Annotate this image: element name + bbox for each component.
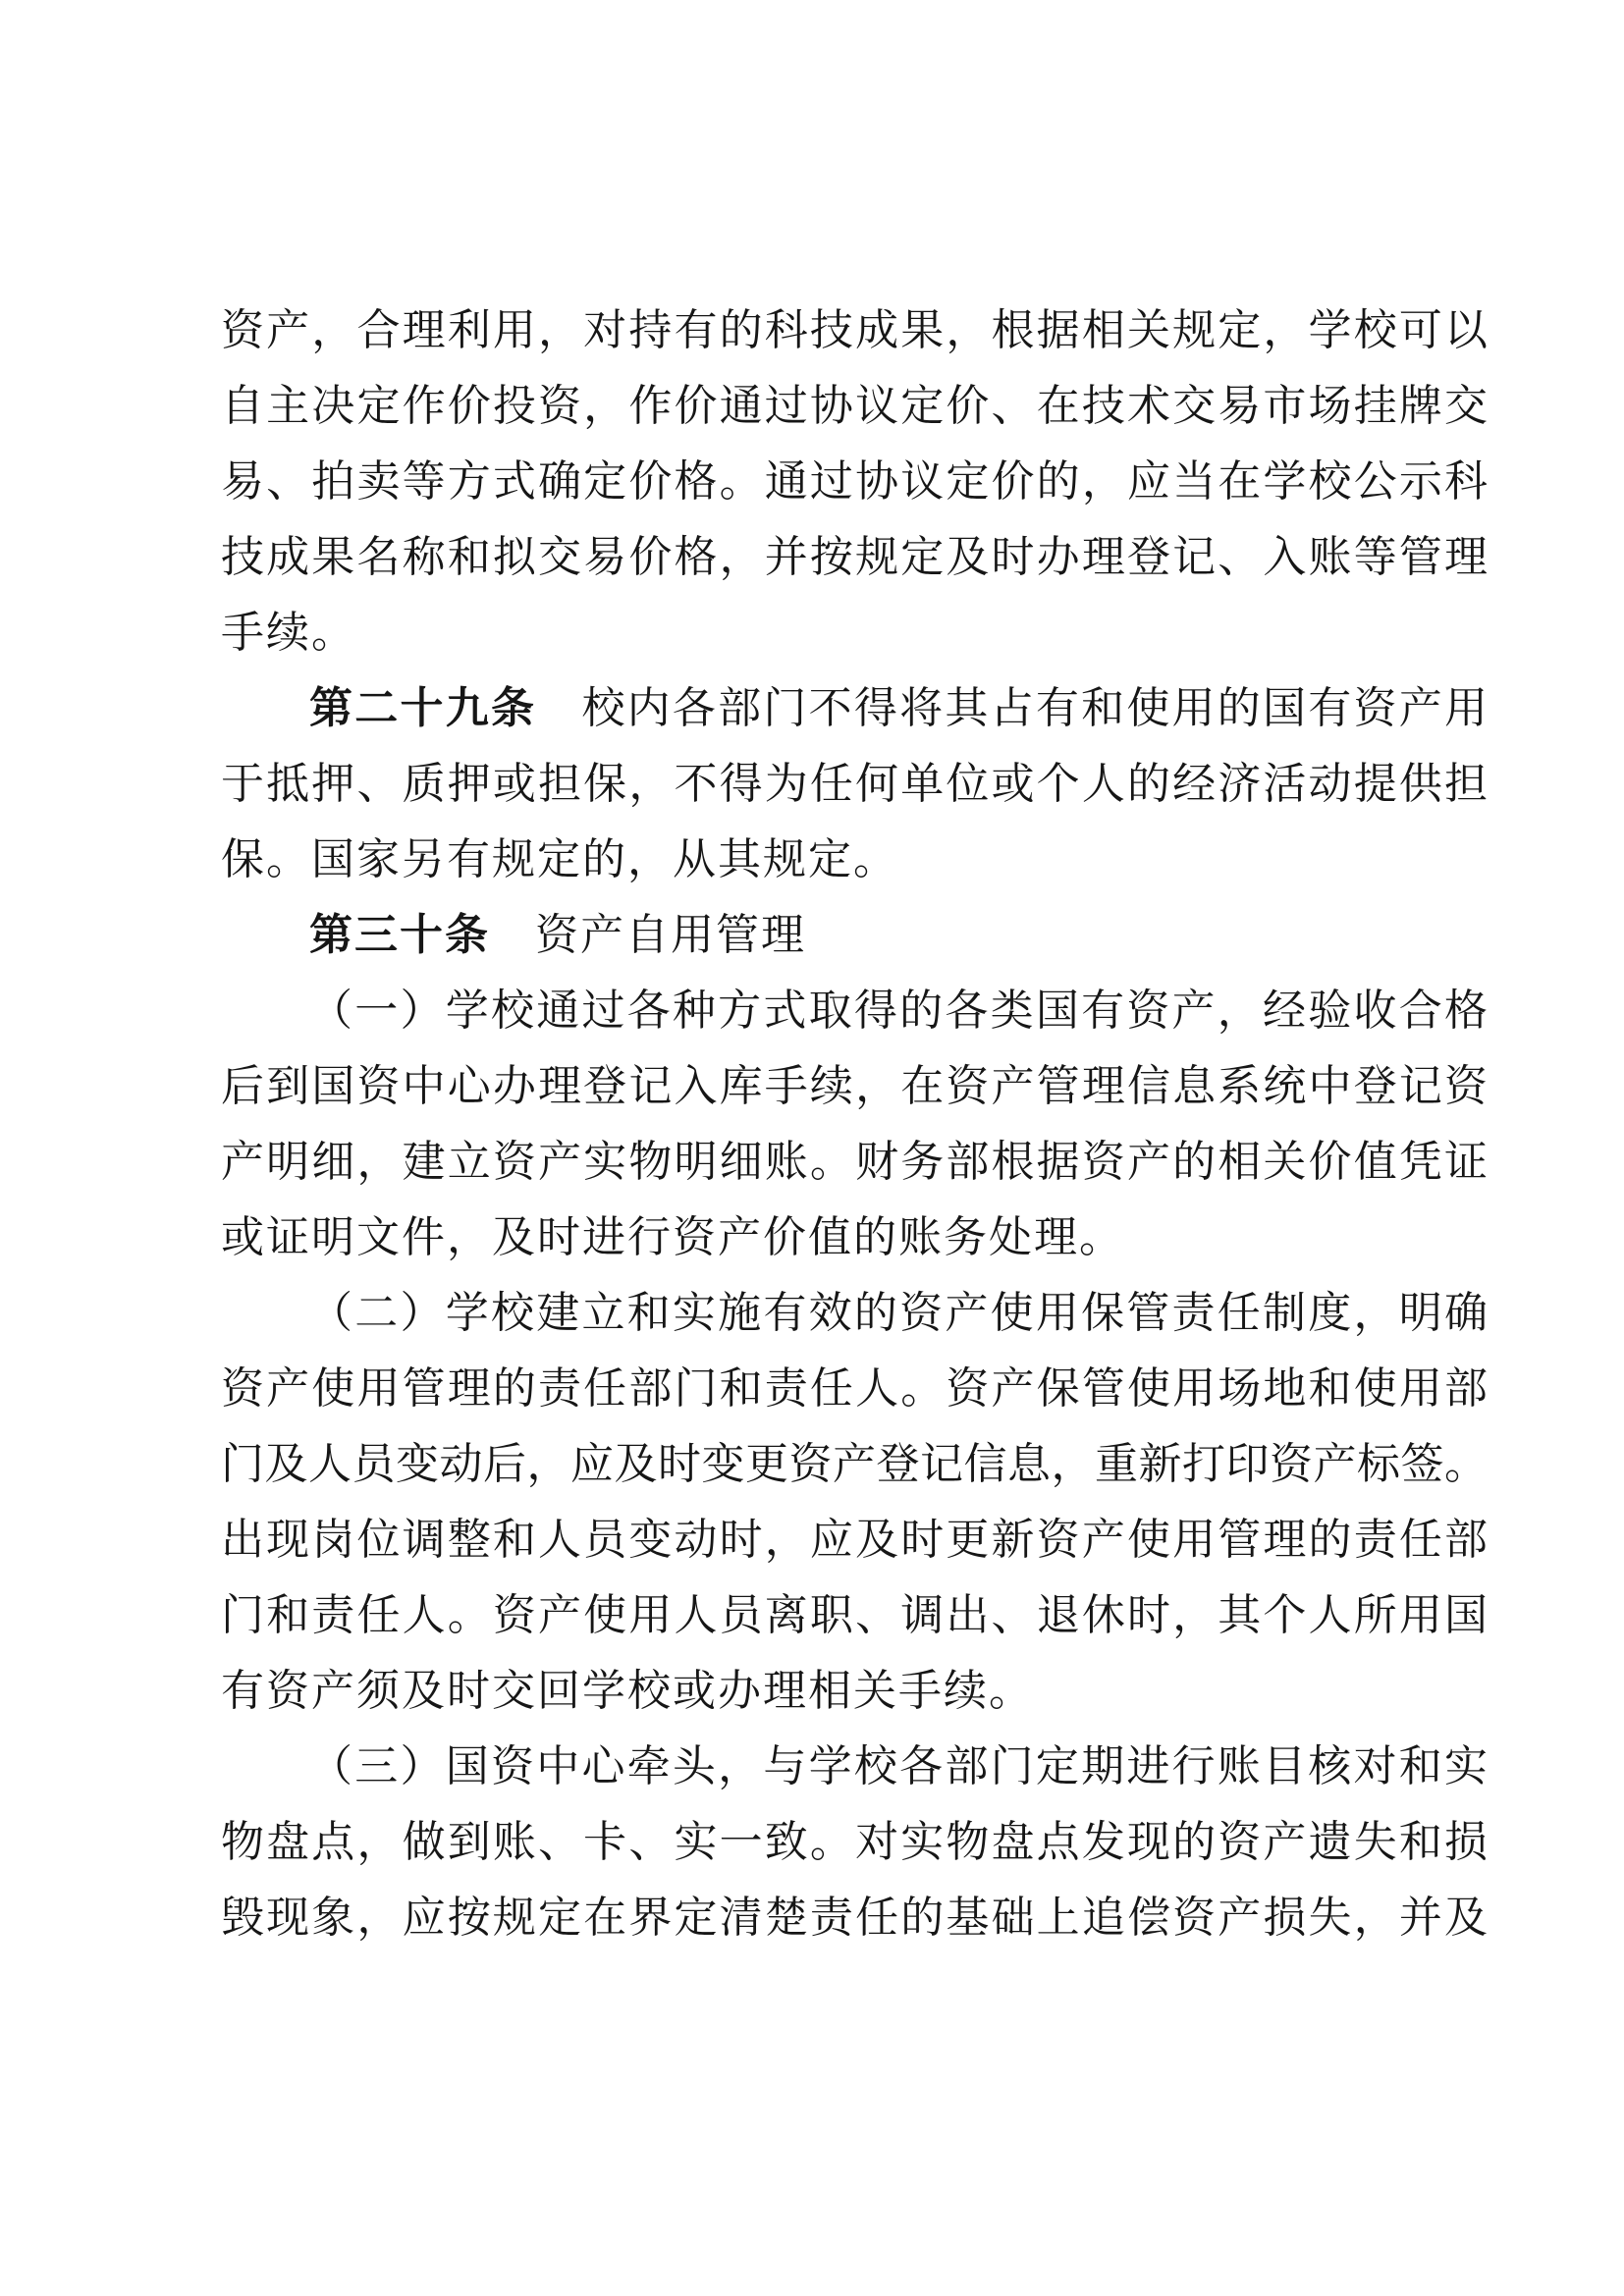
text-line: 技成果名称和拟交易价格，并按规定及时办理登记、入账等管理 [221, 519, 1488, 595]
text-line: 自主决定作价投资，作价通过协议定价、在技术交易市场挂牌交 [221, 368, 1488, 444]
text-line: （一）学校通过各种方式取得的各类国有资产，经验收合格 [221, 973, 1488, 1048]
text-run: 资产自用管理 [490, 911, 806, 959]
text-run: （三）国资中心牵头，与学校各部门定期进行账目核对和实 [309, 1742, 1488, 1790]
text-line: 物盘点，做到账、卡、实一致。对实物盘点发现的资产遗失和损 [221, 1804, 1488, 1880]
text-run: 易、拍卖等方式确定价格。通过协议定价的，应当在学校公示科 [221, 457, 1488, 506]
text-run: 后到国资中心办理登记入库手续，在资产管理信息系统中登记资 [221, 1062, 1488, 1110]
text-run: 产明细，建立资产实物明细账。财务部根据资产的相关价值凭证 [221, 1138, 1488, 1186]
text-line: 产明细，建立资产实物明细账。财务部根据资产的相关价值凭证 [221, 1124, 1488, 1200]
text-line: 第三十条 资产自用管理 [221, 897, 1488, 973]
text-run: 有资产须及时交回学校或办理相关手续。 [221, 1667, 1034, 1715]
text-line: 门及人员变动后，应及时变更资产登记信息，重新打印资产标签。 [221, 1426, 1488, 1502]
text-run: 保。国家另有规定的，从其规定。 [221, 835, 898, 883]
text-line: 资产使用管理的责任部门和责任人。资产保管使用场地和使用部 [221, 1351, 1488, 1426]
text-line: 后到国资中心办理登记入库手续，在资产管理信息系统中登记资 [221, 1048, 1488, 1124]
text-run: 资产使用管理的责任部门和责任人。资产保管使用场地和使用部 [221, 1364, 1488, 1413]
document-body: 资产，合理利用，对持有的科技成果，根据相关规定，学校可以自主决定作价投资，作价通… [221, 293, 1488, 1955]
clause-number: 第二十九条 [309, 684, 536, 732]
paragraph-clause-28-continuation: 资产，合理利用，对持有的科技成果，根据相关规定，学校可以自主决定作价投资，作价通… [221, 293, 1488, 670]
text-run: 毁现象，应按规定在界定清楚责任的基础上追偿资产损失，并及 [221, 1894, 1488, 1942]
text-line: 易、拍卖等方式确定价格。通过协议定价的，应当在学校公示科 [221, 444, 1488, 519]
document-page: 资产，合理利用，对持有的科技成果，根据相关规定，学校可以自主决定作价投资，作价通… [0, 0, 1624, 2296]
text-run: 出现岗位调整和人员变动时，应及时更新资产使用管理的责任部 [221, 1516, 1488, 1564]
text-run: 物盘点，做到账、卡、实一致。对实物盘点发现的资产遗失和损 [221, 1818, 1488, 1866]
clause-number: 第三十条 [309, 911, 490, 959]
text-run: 于抵押、质押或担保，不得为任何单位或个人的经济活动提供担 [221, 760, 1488, 808]
text-line: 手续。 [221, 595, 1488, 670]
paragraph-clause-30-item-2: （二）学校建立和实施有效的资产使用保管责任制度，明确资产使用管理的责任部门和责任… [221, 1275, 1488, 1729]
text-run: 门和责任人。资产使用人员离职、调出、退休时，其个人所用国 [221, 1591, 1488, 1639]
paragraph-clause-30-heading: 第三十条 资产自用管理 [221, 897, 1488, 973]
text-line: 于抵押、质押或担保，不得为任何单位或个人的经济活动提供担 [221, 746, 1488, 822]
paragraph-clause-30-item-3: （三）国资中心牵头，与学校各部门定期进行账目核对和实物盘点，做到账、卡、实一致。… [221, 1729, 1488, 1955]
text-run: 手续。 [221, 609, 356, 657]
text-line: 或证明文件，及时进行资产价值的账务处理。 [221, 1200, 1488, 1275]
text-line: 毁现象，应按规定在界定清楚责任的基础上追偿资产损失，并及 [221, 1880, 1488, 1955]
text-run: 资产，合理利用，对持有的科技成果，根据相关规定，学校可以 [221, 306, 1488, 354]
text-run: 校内各部门不得将其占有和使用的国有资产用 [536, 684, 1488, 732]
text-run: 技成果名称和拟交易价格，并按规定及时办理登记、入账等管理 [221, 533, 1488, 581]
text-line: 门和责任人。资产使用人员离职、调出、退休时，其个人所用国 [221, 1577, 1488, 1653]
text-line: 出现岗位调整和人员变动时，应及时更新资产使用管理的责任部 [221, 1502, 1488, 1577]
text-line: 资产，合理利用，对持有的科技成果，根据相关规定，学校可以 [221, 293, 1488, 368]
text-line: （三）国资中心牵头，与学校各部门定期进行账目核对和实 [221, 1729, 1488, 1804]
text-line: （二）学校建立和实施有效的资产使用保管责任制度，明确 [221, 1275, 1488, 1351]
text-line: 第二十九条 校内各部门不得将其占有和使用的国有资产用 [221, 670, 1488, 746]
text-line: 保。国家另有规定的，从其规定。 [221, 822, 1488, 897]
text-run: （一）学校通过各种方式取得的各类国有资产，经验收合格 [309, 987, 1488, 1035]
text-run: 或证明文件，及时进行资产价值的账务处理。 [221, 1213, 1124, 1261]
paragraph-clause-29: 第二十九条 校内各部门不得将其占有和使用的国有资产用于抵押、质押或担保，不得为任… [221, 670, 1488, 897]
text-run: 自主决定作价投资，作价通过协议定价、在技术交易市场挂牌交 [221, 382, 1488, 430]
paragraph-clause-30-item-1: （一）学校通过各种方式取得的各类国有资产，经验收合格后到国资中心办理登记入库手续… [221, 973, 1488, 1275]
text-line: 有资产须及时交回学校或办理相关手续。 [221, 1653, 1488, 1729]
text-run: 门及人员变动后，应及时变更资产登记信息，重新打印资产标签。 [221, 1440, 1488, 1488]
text-run: （二）学校建立和实施有效的资产使用保管责任制度，明确 [309, 1289, 1488, 1337]
